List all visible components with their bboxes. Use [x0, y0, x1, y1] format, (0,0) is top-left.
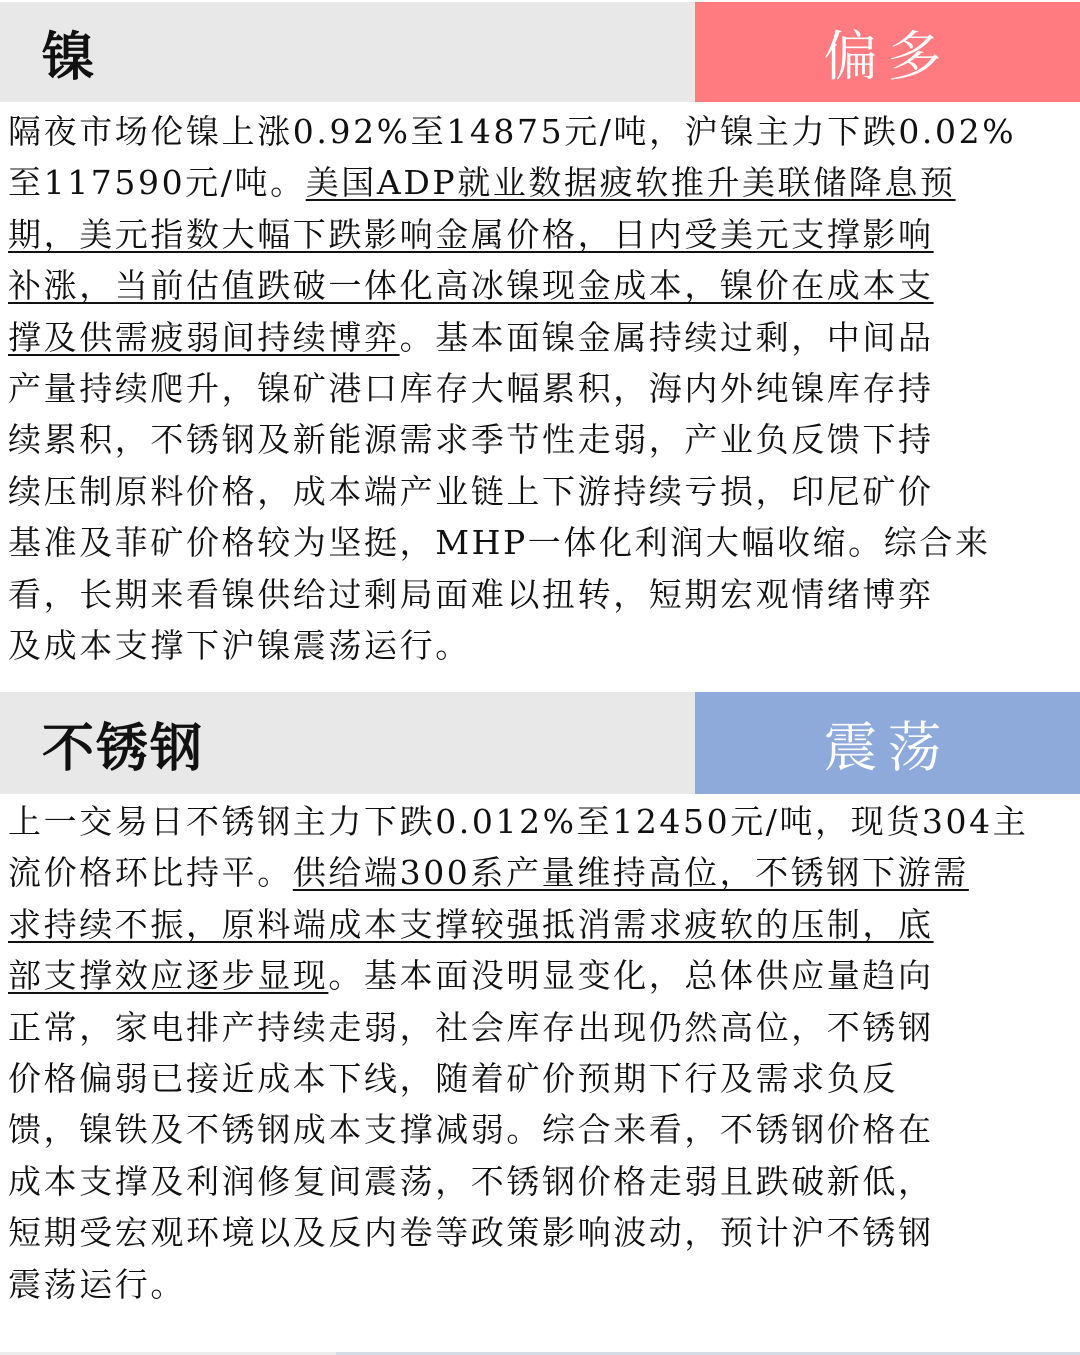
text-segment: 至117590元/吨。: [8, 163, 306, 202]
text-line: 看，长期来看镍供给过剩局面难以扭转，短期宏观情绪博弈: [8, 569, 1076, 620]
highlighted-text: 供给端300系产量维持高位，不锈钢下游需: [293, 853, 969, 892]
text-line: 补涨，当前估值跌破一体化高冰镍现金成本，镍价在成本支: [8, 260, 1076, 311]
analysis-text: 隔夜市场伦镍上涨0.92%至14875元/吨，沪镍主力下跌0.02%至11759…: [8, 106, 1076, 671]
text-line: 部支撑效应逐步显现。基本面没明显变化，总体供应量趋向: [8, 950, 1076, 1001]
text-segment: 震荡运行。: [8, 1265, 186, 1304]
section-header: 镍 偏多: [0, 2, 1080, 102]
text-segment: 看，长期来看镍供给过剩局面难以扭转，短期宏观情绪博弈: [8, 575, 934, 614]
outlook-badge: 偏多: [695, 2, 1080, 102]
text-segment: 隔夜市场伦镍上涨0.92%至14875元/吨，沪镍主力下跌0.02%: [8, 112, 1016, 151]
highlighted-text: 期，美元指数大幅下跌影响金属价格，日内受美元支撑影响: [8, 215, 934, 254]
highlighted-text: 部支撑效应逐步显现: [8, 956, 328, 995]
text-segment: 及成本支撑下沪镍震荡运行。: [8, 626, 471, 665]
text-line: 及成本支撑下沪镍震荡运行。: [8, 620, 1076, 671]
text-segment: 价格偏弱已接近成本下线，随着矿价预期下行及需求负反: [8, 1059, 898, 1098]
highlighted-text: 撑及供需疲弱间持续博弈: [8, 318, 400, 357]
section-header: 不锈钢 震荡: [0, 692, 1080, 794]
text-segment: 产量持续爬升，镍矿港口库存大幅累积，海内外纯镍库存持: [8, 369, 934, 408]
text-segment: 续压制原料价格，成本端产业链上下游持续亏损，印尼矿价: [8, 472, 934, 511]
text-line: 馈，镍铁及不锈钢成本支撑减弱。综合来看，不锈钢价格在: [8, 1104, 1076, 1155]
section-title: 不锈钢: [0, 692, 695, 794]
text-line: 续累积，不锈钢及新能源需求季节性走弱，产业负反馈下持: [8, 414, 1076, 465]
text-line: 短期受宏观环境以及反内卷等政策影响波动，预计沪不锈钢: [8, 1207, 1076, 1258]
text-line: 续压制原料价格，成本端产业链上下游持续亏损，印尼矿价: [8, 466, 1076, 517]
text-line: 隔夜市场伦镍上涨0.92%至14875元/吨，沪镍主力下跌0.02%: [8, 106, 1076, 157]
text-line: 正常，家电排产持续走弱，社会库存出现仍然高位，不锈钢: [8, 1002, 1076, 1053]
highlighted-text: 补涨，当前估值跌破一体化高冰镍现金成本，镍价在成本支: [8, 266, 934, 305]
stainless-steel-section: 不锈钢 震荡 上一交易日不锈钢主力下跌0.012%至12450元/吨，现货304…: [0, 692, 1080, 1352]
text-segment: 短期受宏观环境以及反内卷等政策影响波动，预计沪不锈钢: [8, 1213, 934, 1252]
text-line: 求持续不振，原料端成本支撑较强抵消需求疲软的压制，底: [8, 899, 1076, 950]
text-segment: 流价格环比持平。: [8, 853, 293, 892]
text-segment: 。基本面没明显变化，总体供应量趋向: [328, 956, 933, 995]
text-segment: 上一交易日不锈钢主力下跌0.012%至12450元/吨，现货304主: [8, 802, 1028, 841]
text-line: 基准及菲矿价格较为坚挺，MHP一体化利润大幅收缩。综合来: [8, 517, 1076, 568]
text-segment: 馈，镍铁及不锈钢成本支撑减弱。综合来看，不锈钢价格在: [8, 1110, 934, 1149]
text-line: 撑及供需疲弱间持续博弈。基本面镍金属持续过剩，中间品: [8, 312, 1076, 363]
text-line: 流价格环比持平。供给端300系产量维持高位，不锈钢下游需: [8, 847, 1076, 898]
highlighted-text: 求持续不振，原料端成本支撑较强抵消需求疲软的压制，底: [8, 905, 934, 944]
text-line: 至117590元/吨。美国ADP就业数据疲软推升美联储降息预: [8, 157, 1076, 208]
text-line: 成本支撑及利润修复间震荡，不锈钢价格走弱且跌破新低，: [8, 1156, 1076, 1207]
text-segment: 正常，家电排产持续走弱，社会库存出现仍然高位，不锈钢: [8, 1008, 934, 1047]
section-title: 镍: [0, 2, 695, 102]
text-line: 震荡运行。: [8, 1259, 1076, 1310]
text-line: 价格偏弱已接近成本下线，随着矿价预期下行及需求负反: [8, 1053, 1076, 1104]
highlighted-text: 美国ADP就业数据疲软推升美联储降息预: [306, 163, 956, 202]
nickel-section: 镍 偏多 隔夜市场伦镍上涨0.92%至14875元/吨，沪镍主力下跌0.02%至…: [0, 2, 1080, 682]
text-segment: 基准及菲矿价格较为坚挺，MHP一体化利润大幅收缩。综合来: [8, 523, 991, 562]
text-segment: 成本支撑及利润修复间震荡，不锈钢价格走弱且跌破新低，: [8, 1162, 934, 1201]
text-line: 产量持续爬升，镍矿港口库存大幅累积，海内外纯镍库存持: [8, 363, 1076, 414]
analysis-text: 上一交易日不锈钢主力下跌0.012%至12450元/吨，现货304主流价格环比持…: [8, 796, 1076, 1310]
text-segment: 续累积，不锈钢及新能源需求季节性走弱，产业负反馈下持: [8, 420, 934, 459]
outlook-badge: 震荡: [695, 692, 1080, 794]
text-line: 期，美元指数大幅下跌影响金属价格，日内受美元支撑影响: [8, 209, 1076, 260]
text-segment: 。基本面镍金属持续过剩，中间品: [400, 318, 934, 357]
text-line: 上一交易日不锈钢主力下跌0.012%至12450元/吨，现货304主: [8, 796, 1076, 847]
